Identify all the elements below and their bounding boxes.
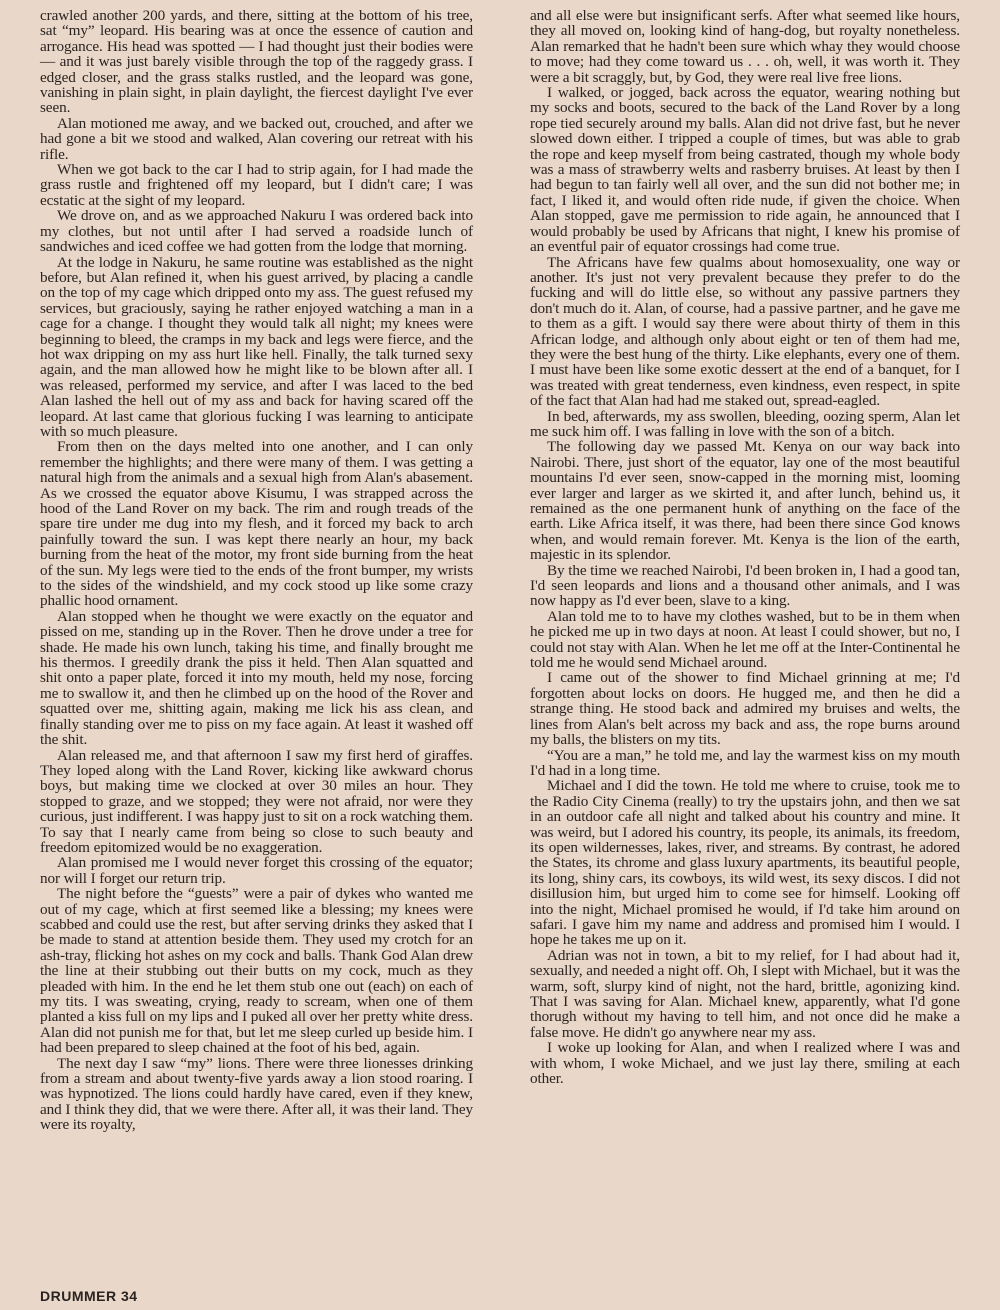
right-text-column: and all else were but insignificant serf… xyxy=(530,8,960,1086)
paragraph: crawled another 200 yards, and there, si… xyxy=(40,8,473,116)
paragraph: When we got back to the car I had to str… xyxy=(40,162,473,208)
paragraph: The next day I saw “my” lions. There wer… xyxy=(40,1056,473,1133)
paragraph: Alan stopped when he thought we were exa… xyxy=(40,609,473,748)
paragraph: Michael and I did the town. He told me w… xyxy=(530,778,960,947)
paragraph: Alan released me, and that afternoon I s… xyxy=(40,748,473,856)
left-text-column: crawled another 200 yards, and there, si… xyxy=(40,8,473,1133)
paragraph: At the lodge in Nakuru, he same routine … xyxy=(40,255,473,440)
paragraph: The Africans have few qualms about homos… xyxy=(530,255,960,409)
paragraph: We drove on, and as we approached Nakuru… xyxy=(40,208,473,254)
paragraph: Adrian was not in town, a bit to my reli… xyxy=(530,948,960,1040)
magazine-name: DRUMMER xyxy=(40,1288,117,1304)
paragraph: Alan promised me I would never forget th… xyxy=(40,855,473,886)
magazine-page: crawled another 200 yards, and there, si… xyxy=(0,0,1000,1310)
paragraph: The following day we passed Mt. Kenya on… xyxy=(530,439,960,562)
paragraph: Alan told me to to have my clothes washe… xyxy=(530,609,960,671)
paragraph: and all else were but insignificant serf… xyxy=(530,8,960,85)
page-number: 34 xyxy=(121,1288,138,1304)
page-footer: DRUMMER 34 xyxy=(40,1288,138,1304)
paragraph: By the time we reached Nairobi, I'd been… xyxy=(530,563,960,609)
paragraph: I came out of the shower to find Michael… xyxy=(530,670,960,747)
paragraph: Alan motioned me away, and we backed out… xyxy=(40,116,473,162)
paragraph: The night before the “guests” were a pai… xyxy=(40,886,473,1055)
paragraph: I walked, or jogged, back across the equ… xyxy=(530,85,960,254)
paragraph: “You are a man,” he told me, and lay the… xyxy=(530,748,960,779)
paragraph: From then on the days melted into one an… xyxy=(40,439,473,608)
paragraph: I woke up looking for Alan, and when I r… xyxy=(530,1040,960,1086)
paragraph: In bed, afterwards, my ass swollen, blee… xyxy=(530,409,960,440)
